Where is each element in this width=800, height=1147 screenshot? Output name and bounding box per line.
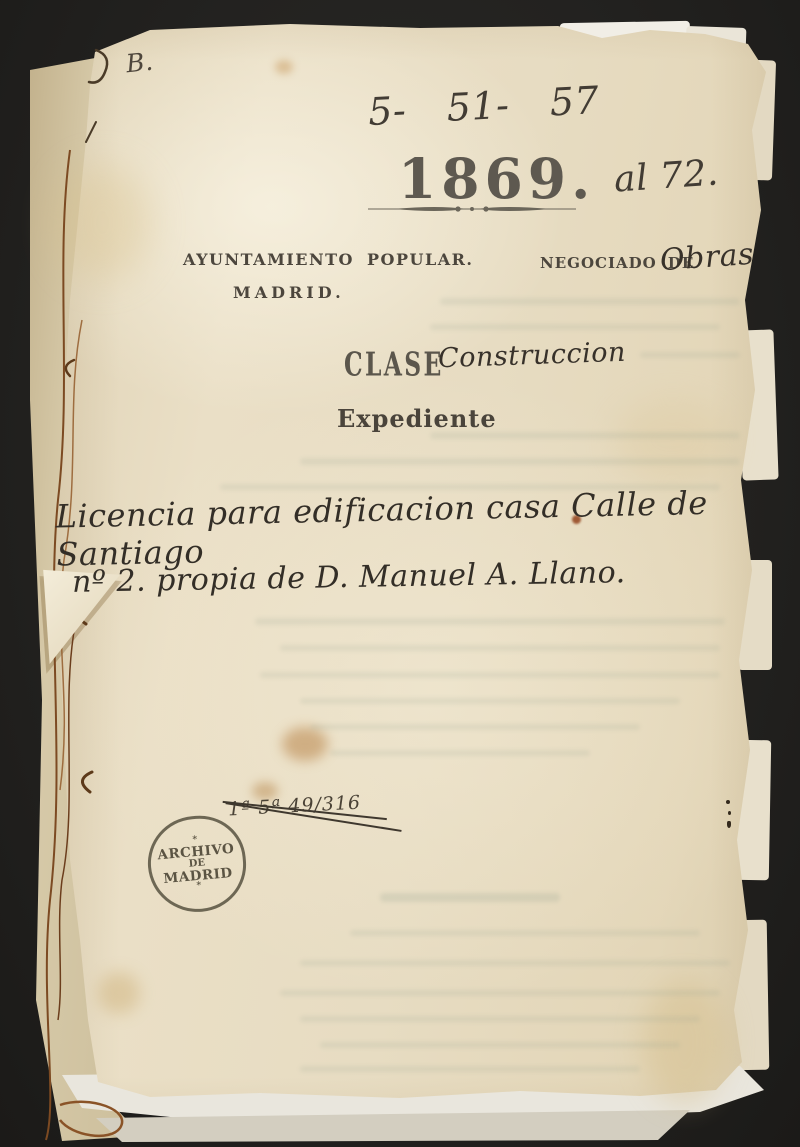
stamp-star-bottom: * [196,883,201,891]
department-value-handwritten: Obras [659,237,755,278]
file-label: Expediente [337,404,497,433]
class-label: CLASE [344,346,444,385]
corner-mark: B. [125,47,155,79]
scanned-document-photo: B. 5- 51- 57 1869. al 72. AYUNTAMIENTO P… [0,0,800,1147]
ink-spot [726,800,730,804]
ink-spot [727,821,731,828]
institution-name: AYUNTAMIENTO POPULAR. [183,250,473,269]
ink-spot [728,811,731,815]
class-value-handwritten: Construccion [438,337,627,375]
ornamental-divider [366,202,578,216]
year-range-suffix: al 72. [613,152,720,200]
institution-city: MADRID. [233,283,345,302]
